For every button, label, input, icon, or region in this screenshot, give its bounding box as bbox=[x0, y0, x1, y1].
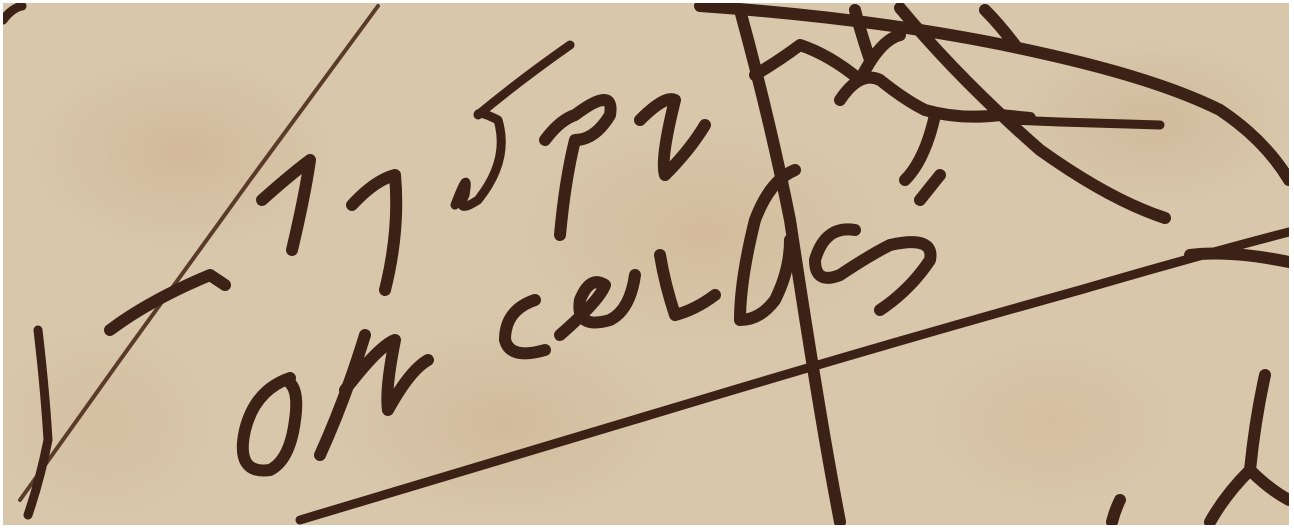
right-edge-fragment bbox=[1210, 375, 1265, 522]
manuscript-page: губерни… Олексеевъ bbox=[3, 3, 1289, 525]
diagonal-rule-line bbox=[20, 6, 378, 500]
handwriting-line-2 bbox=[243, 170, 940, 471]
corner-mark bbox=[3, 6, 22, 20]
arc-strike-line bbox=[700, 6, 1289, 180]
left-dash-stroke bbox=[110, 275, 225, 330]
handwriting-line-1 bbox=[262, 35, 1160, 290]
handwriting-strokes bbox=[3, 3, 1289, 525]
